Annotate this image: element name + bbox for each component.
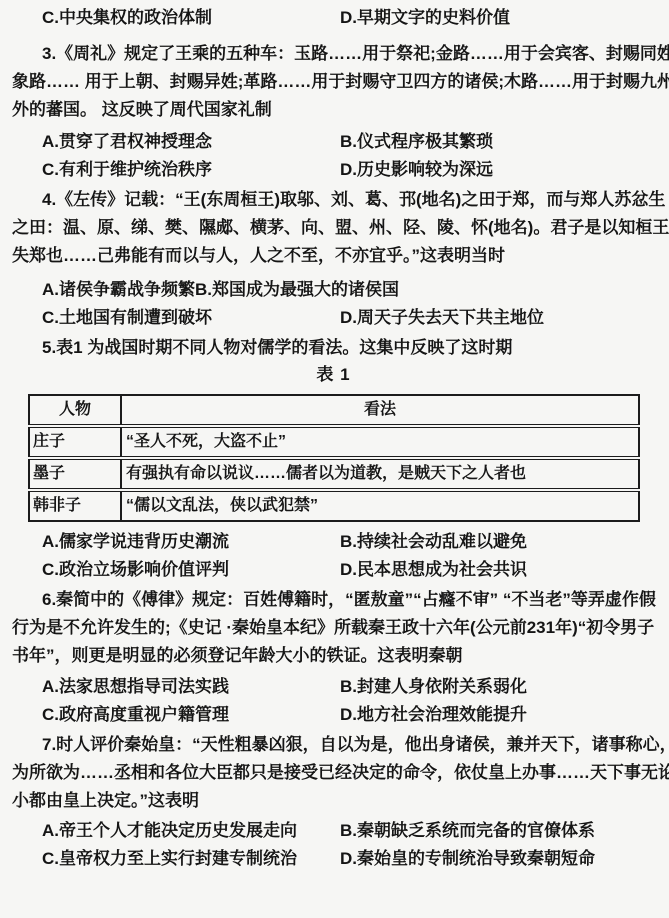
question-5-stem: 5.表1 为战国时期不同人物对儒学的看法。这集中反映了这时期	[12, 334, 655, 362]
q7-option-a: A.帝王个人才能决定历史发展走向	[42, 817, 340, 845]
q4-option-b: B.郑国成为最强大的诸侯国	[195, 276, 399, 304]
q4-option-a: A.诸侯争霸战争频繁	[42, 276, 195, 304]
table-cell-view: “儒以文乱法，侠以武犯禁”	[121, 490, 639, 521]
q4-option-d: D.周天子失去天下共主地位	[340, 304, 544, 332]
q4-option-c: C.土地国有制遭到破坏	[42, 304, 340, 332]
q5-options-row-cd: C.政治立场影响价值评判 D.民本思想成为社会共识	[12, 556, 655, 584]
q5-options-row-ab: A.儒家学说违背历史潮流 B.持续社会动乱难以避免	[12, 528, 655, 556]
table-1-header-view: 看法	[121, 395, 639, 426]
table-cell-person: 韩非子	[29, 490, 121, 521]
q2-option-c: C.中央集权的政治体制	[42, 4, 340, 32]
q2-options-row-cd: C.中央集权的政治体制 D.早期文字的史料价值	[12, 4, 655, 32]
q6-option-d: D.地方社会治理效能提升	[340, 701, 527, 729]
table-cell-view: “圣人不死，大盗不止”	[121, 426, 639, 458]
question-7-stem-line: 7.时人评价秦始皇：“天性粗暴凶狠，自以为是，他出身诸侯，兼并天下，诸事称心，	[12, 731, 655, 759]
q5-option-b: B.持续社会动乱难以避免	[340, 528, 527, 556]
q3-option-c: C.有利于维护统治秩序	[42, 156, 340, 184]
q3-options-row-cd: C.有利于维护统治秩序 D.历史影响较为深远	[12, 156, 655, 184]
exam-page: C.中央集权的政治体制 D.早期文字的史料价值 3.《周礼》规定了王乘的五种车：…	[0, 0, 669, 918]
q4-options-row-ab: A.诸侯争霸战争频繁 B.郑国成为最强大的诸侯国	[12, 276, 655, 304]
question-6-stem-line: 6.秦简中的《傅律》规定：百姓傅籍时，“匿敖童”“占癃不审” “不当老”等弄虚作…	[12, 586, 655, 614]
q3-option-d: D.历史影响较为深远	[340, 156, 493, 184]
q7-options-row-ab: A.帝王个人才能决定历史发展走向 B.秦朝缺乏系统而完备的官僚体系	[12, 817, 655, 845]
q5-option-c: C.政治立场影响价值评判	[42, 556, 340, 584]
table-row: 庄子 “圣人不死，大盗不止”	[29, 426, 639, 458]
question-6-stem-line: 行为是不允许发生的;《史记 ·秦始皇本纪》所载秦王政十六年(公元前231年)“初…	[12, 614, 655, 642]
q3-option-a: A.贯穿了君权神授理念	[42, 128, 340, 156]
table-1-header-person: 人物	[29, 395, 121, 426]
question-4-stem-line: 4.《左传》记载：“王(东周桓王)取邬、刘、葛、邘(地名)之田于郑，而与郑人苏忿…	[12, 186, 655, 214]
question-3-stem-line: 3.《周礼》规定了王乘的五种车：玉路……用于祭祀;金路……用于会宾客、封赐同姓;	[12, 40, 655, 68]
q3-option-b: B.仪式程序极其繁琐	[340, 128, 493, 156]
q6-options-row-cd: C.政府高度重视户籍管理 D.地方社会治理效能提升	[12, 701, 655, 729]
table-row: 墨子 有强执有命以说议……儒者以为道教，是贼天下之人者也	[29, 458, 639, 490]
q6-option-b: B.封建人身依附关系弱化	[340, 673, 527, 701]
q6-options-row-ab: A.法家思想指导司法实践 B.封建人身依附关系弱化	[12, 673, 655, 701]
q6-option-a: A.法家思想指导司法实践	[42, 673, 340, 701]
q3-options-row-ab: A.贯穿了君权神授理念 B.仪式程序极其繁琐	[12, 128, 655, 156]
question-3-stem-line: 象路…… 用于上朝、封赐异姓;革路……用于封赐守卫四方的诸侯;木路……用于封赐九…	[12, 68, 655, 96]
q7-option-b: B.秦朝缺乏系统而完备的官僚体系	[340, 817, 595, 845]
q5-option-a: A.儒家学说违背历史潮流	[42, 528, 340, 556]
question-7-stem: 7.时人评价秦始皇：“天性粗暴凶狠，自以为是，他出身诸侯，兼并天下，诸事称心， …	[12, 731, 655, 815]
question-3-stem-line: 外的蕃国。 这反映了周代国家礼制	[12, 96, 655, 124]
question-5-stem-line: 5.表1 为战国时期不同人物对儒学的看法。这集中反映了这时期	[12, 334, 655, 362]
question-7-stem-line: 小都由皇上决定。”这表明	[12, 787, 655, 815]
table-cell-person: 庄子	[29, 426, 121, 458]
table-1-caption: 表 1	[12, 364, 655, 386]
question-3-stem: 3.《周礼》规定了王乘的五种车：玉路……用于祭祀;金路……用于会宾客、封赐同姓;…	[12, 40, 655, 124]
question-6-stem: 6.秦简中的《傅律》规定：百姓傅籍时，“匿敖童”“占癃不审” “不当老”等弄虚作…	[12, 586, 655, 670]
question-4-stem-line: 失郑也……己弗能有而以与人，人之不至，不亦宜乎。”这表明当时	[12, 242, 655, 270]
question-7-stem-line: 为所欲为……丞相和各位大臣都只是接受已经决定的命令，依仗皇上办事……天下事无论大	[12, 759, 655, 787]
q7-option-c: C.皇帝权力至上实行封建专制统治	[42, 845, 340, 873]
q4-options-row-cd: C.土地国有制遭到破坏 D.周天子失去天下共主地位	[12, 304, 655, 332]
q6-option-c: C.政府高度重视户籍管理	[42, 701, 340, 729]
q5-option-d: D.民本思想成为社会共识	[340, 556, 527, 584]
q2-option-d: D.早期文字的史料价值	[340, 4, 510, 32]
question-4-stem: 4.《左传》记载：“王(东周桓王)取邬、刘、葛、邘(地名)之田于郑，而与郑人苏忿…	[12, 186, 655, 270]
q7-option-d: D.秦始皇的专制统治导致秦朝短命	[340, 845, 595, 873]
question-6-stem-line: 书年”，则更是明显的必须登记年龄大小的铁证。这表明秦朝	[12, 642, 655, 670]
table-1-header-row: 人物 看法	[29, 395, 639, 426]
q7-options-row-cd: C.皇帝权力至上实行封建专制统治 D.秦始皇的专制统治导致秦朝短命	[12, 845, 655, 873]
table-cell-view: 有强执有命以说议……儒者以为道教，是贼天下之人者也	[121, 458, 639, 490]
table-cell-person: 墨子	[29, 458, 121, 490]
table-1: 人物 看法 庄子 “圣人不死，大盗不止” 墨子 有强执有命以说议……儒者以为道教…	[28, 394, 640, 522]
question-4-stem-line: 之田：温、原、绨、樊、隰郕、横茅、向、盟、州、陉、陵、怀(地名)。君子是以知桓王…	[12, 214, 655, 242]
table-row: 韩非子 “儒以文乱法，侠以武犯禁”	[29, 490, 639, 521]
